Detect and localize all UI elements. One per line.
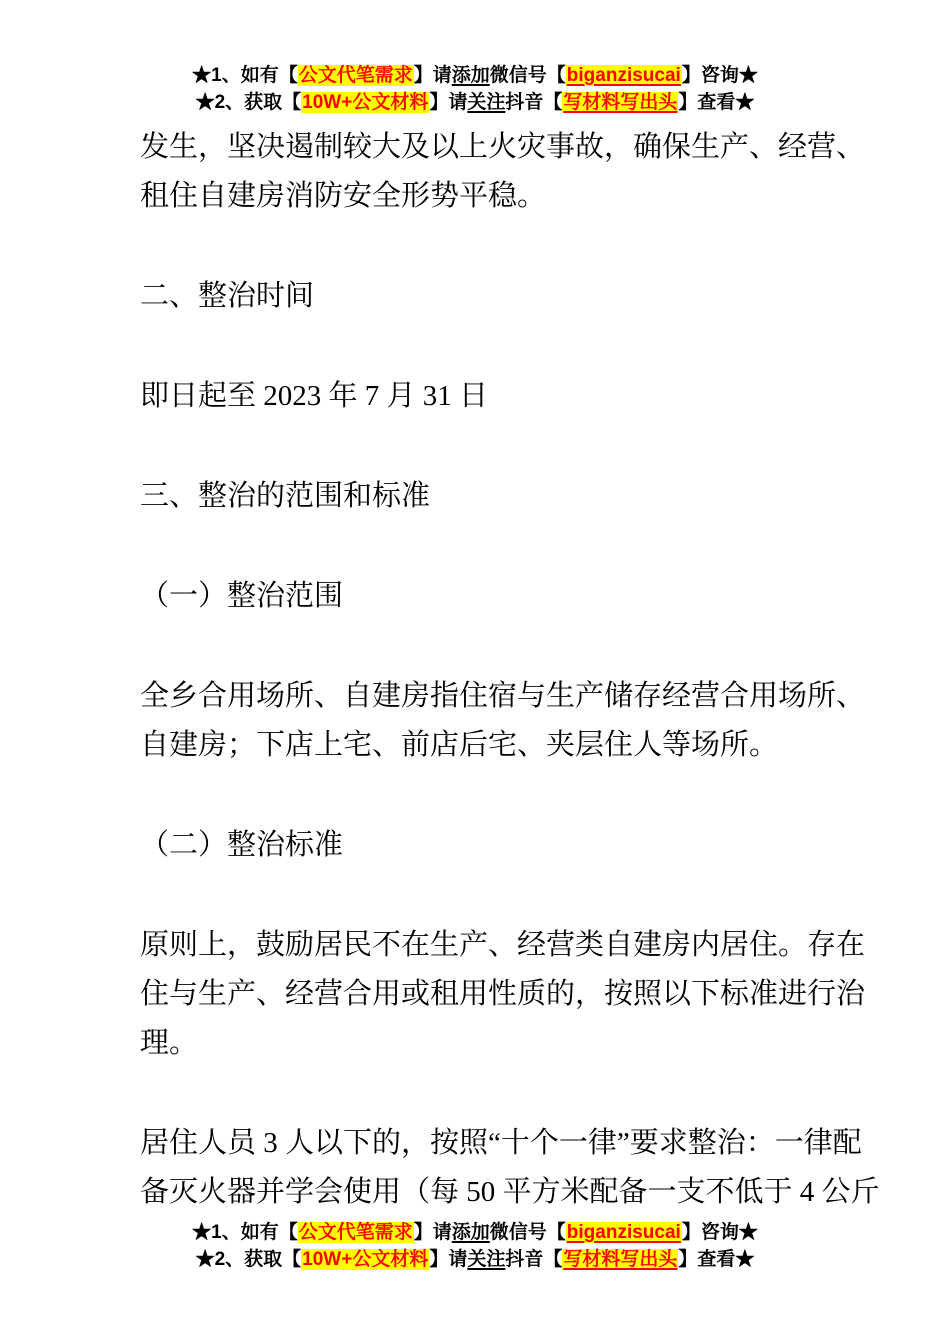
promo-text: 】咨询★ [682, 65, 758, 86]
wechat-id-highlight: biganzisucai [566, 1222, 682, 1243]
promo-text: ★1、如有【 [192, 1222, 298, 1243]
paragraph: 发生，坚决遏制较大及以上火灾事故，确保生产、经营、 租住自建房消防安全形势平稳。 [140, 123, 810, 221]
promo-text: 】请 [429, 1249, 467, 1270]
paragraph: 居住人员 3 人以下的，按照“十个一律”要求整治：一律配 备灭火器并学会使用（每… [140, 1119, 810, 1217]
materials-tag-highlight: 10W+公文材料 [301, 92, 429, 113]
promo-text: 抖音【 [505, 1249, 562, 1270]
promo-line-2: ★2、获取【10W+公文材料】请关注抖音【写材料写出头】查看★ [0, 1246, 950, 1273]
heading-section-3: 三、整治的范围和标准 [140, 472, 810, 521]
heading-subsection-2: （二）整治标准 [140, 821, 810, 870]
heading-section-2: 二、整治时间 [140, 272, 810, 321]
text-line: 即日起至 2023 年 7 月 31 日 [140, 372, 810, 421]
heading-line: （二）整治标准 [140, 821, 810, 870]
paragraph: 即日起至 2023 年 7 月 31 日 [140, 372, 810, 421]
heading-line: 二、整治时间 [140, 272, 810, 321]
follow-action-underline: 关注 [467, 1249, 505, 1270]
promo-line-2: ★2、获取【10W+公文材料】请关注抖音【写材料写出头】查看★ [0, 89, 950, 116]
text-line: 理。 [140, 1019, 810, 1068]
promo-text: 】请 [414, 65, 452, 86]
douyin-handle-highlight: 写材料写出头 [562, 1249, 678, 1270]
promo-text: 】请 [414, 1222, 452, 1243]
promo-text: 】请 [429, 92, 467, 113]
promo-line-1: ★1、如有【公文代笔需求】请添加微信号【biganzisucai】咨询★ [0, 62, 950, 89]
paragraph: 全乡合用场所、自建房指住宿与生产储存经营合用场所、 自建房；下店上宅、前店后宅、… [140, 672, 810, 770]
text-line: 备灭火器并学会使用（每 50 平方米配备一支不低于 4 公斤 [140, 1168, 810, 1217]
text-line: 原则上，鼓励居民不在生产、经营类自建房内居住。存在 [140, 921, 810, 970]
promo-banner-bottom: ★1、如有【公文代笔需求】请添加微信号【biganzisucai】咨询★ ★2、… [0, 1219, 950, 1273]
service-tag-highlight: 公文代笔需求 [298, 65, 414, 86]
document-body: 发生，坚决遏制较大及以上火灾事故，确保生产、经营、 租住自建房消防安全形势平稳。… [140, 123, 810, 1217]
follow-action-underline: 关注 [467, 92, 505, 113]
heading-line: 三、整治的范围和标准 [140, 472, 810, 521]
add-action-underline: 添加 [452, 65, 490, 86]
service-tag-highlight: 公文代笔需求 [298, 1222, 414, 1243]
materials-tag-highlight: 10W+公文材料 [301, 1249, 429, 1270]
text-line: 居住人员 3 人以下的，按照“十个一律”要求整治：一律配 [140, 1119, 810, 1168]
promo-text: ★2、获取【 [196, 1249, 302, 1270]
promo-text: 】咨询★ [682, 1222, 758, 1243]
paragraph: 原则上，鼓励居民不在生产、经营类自建房内居住。存在 住与生产、经营合用或租用性质… [140, 921, 810, 1068]
douyin-handle-highlight: 写材料写出头 [562, 92, 678, 113]
text-line: 全乡合用场所、自建房指住宿与生产储存经营合用场所、 [140, 672, 810, 721]
text-line: 住与生产、经营合用或租用性质的，按照以下标准进行治 [140, 970, 810, 1019]
text-line: 发生，坚决遏制较大及以上火灾事故，确保生产、经营、 [140, 123, 810, 172]
promo-text: ★2、获取【 [196, 92, 302, 113]
heading-subsection-1: （一）整治范围 [140, 572, 810, 621]
promo-line-1: ★1、如有【公文代笔需求】请添加微信号【biganzisucai】咨询★ [0, 1219, 950, 1246]
promo-text: 微信号【 [490, 1222, 566, 1243]
text-line: 自建房；下店上宅、前店后宅、夹层住人等场所。 [140, 721, 810, 770]
heading-line: （一）整治范围 [140, 572, 810, 621]
promo-text: 抖音【 [505, 92, 562, 113]
promo-text: ★1、如有【 [192, 65, 298, 86]
wechat-id-highlight: biganzisucai [566, 65, 682, 86]
promo-text: 微信号【 [490, 65, 566, 86]
text-line: 租住自建房消防安全形势平稳。 [140, 172, 810, 221]
document-page: ★1、如有【公文代笔需求】请添加微信号【biganzisucai】咨询★ ★2、… [0, 0, 950, 1344]
add-action-underline: 添加 [452, 1222, 490, 1243]
promo-text: 】查看★ [678, 92, 754, 113]
promo-text: 】查看★ [678, 1249, 754, 1270]
promo-banner-top: ★1、如有【公文代笔需求】请添加微信号【biganzisucai】咨询★ ★2、… [0, 0, 950, 116]
